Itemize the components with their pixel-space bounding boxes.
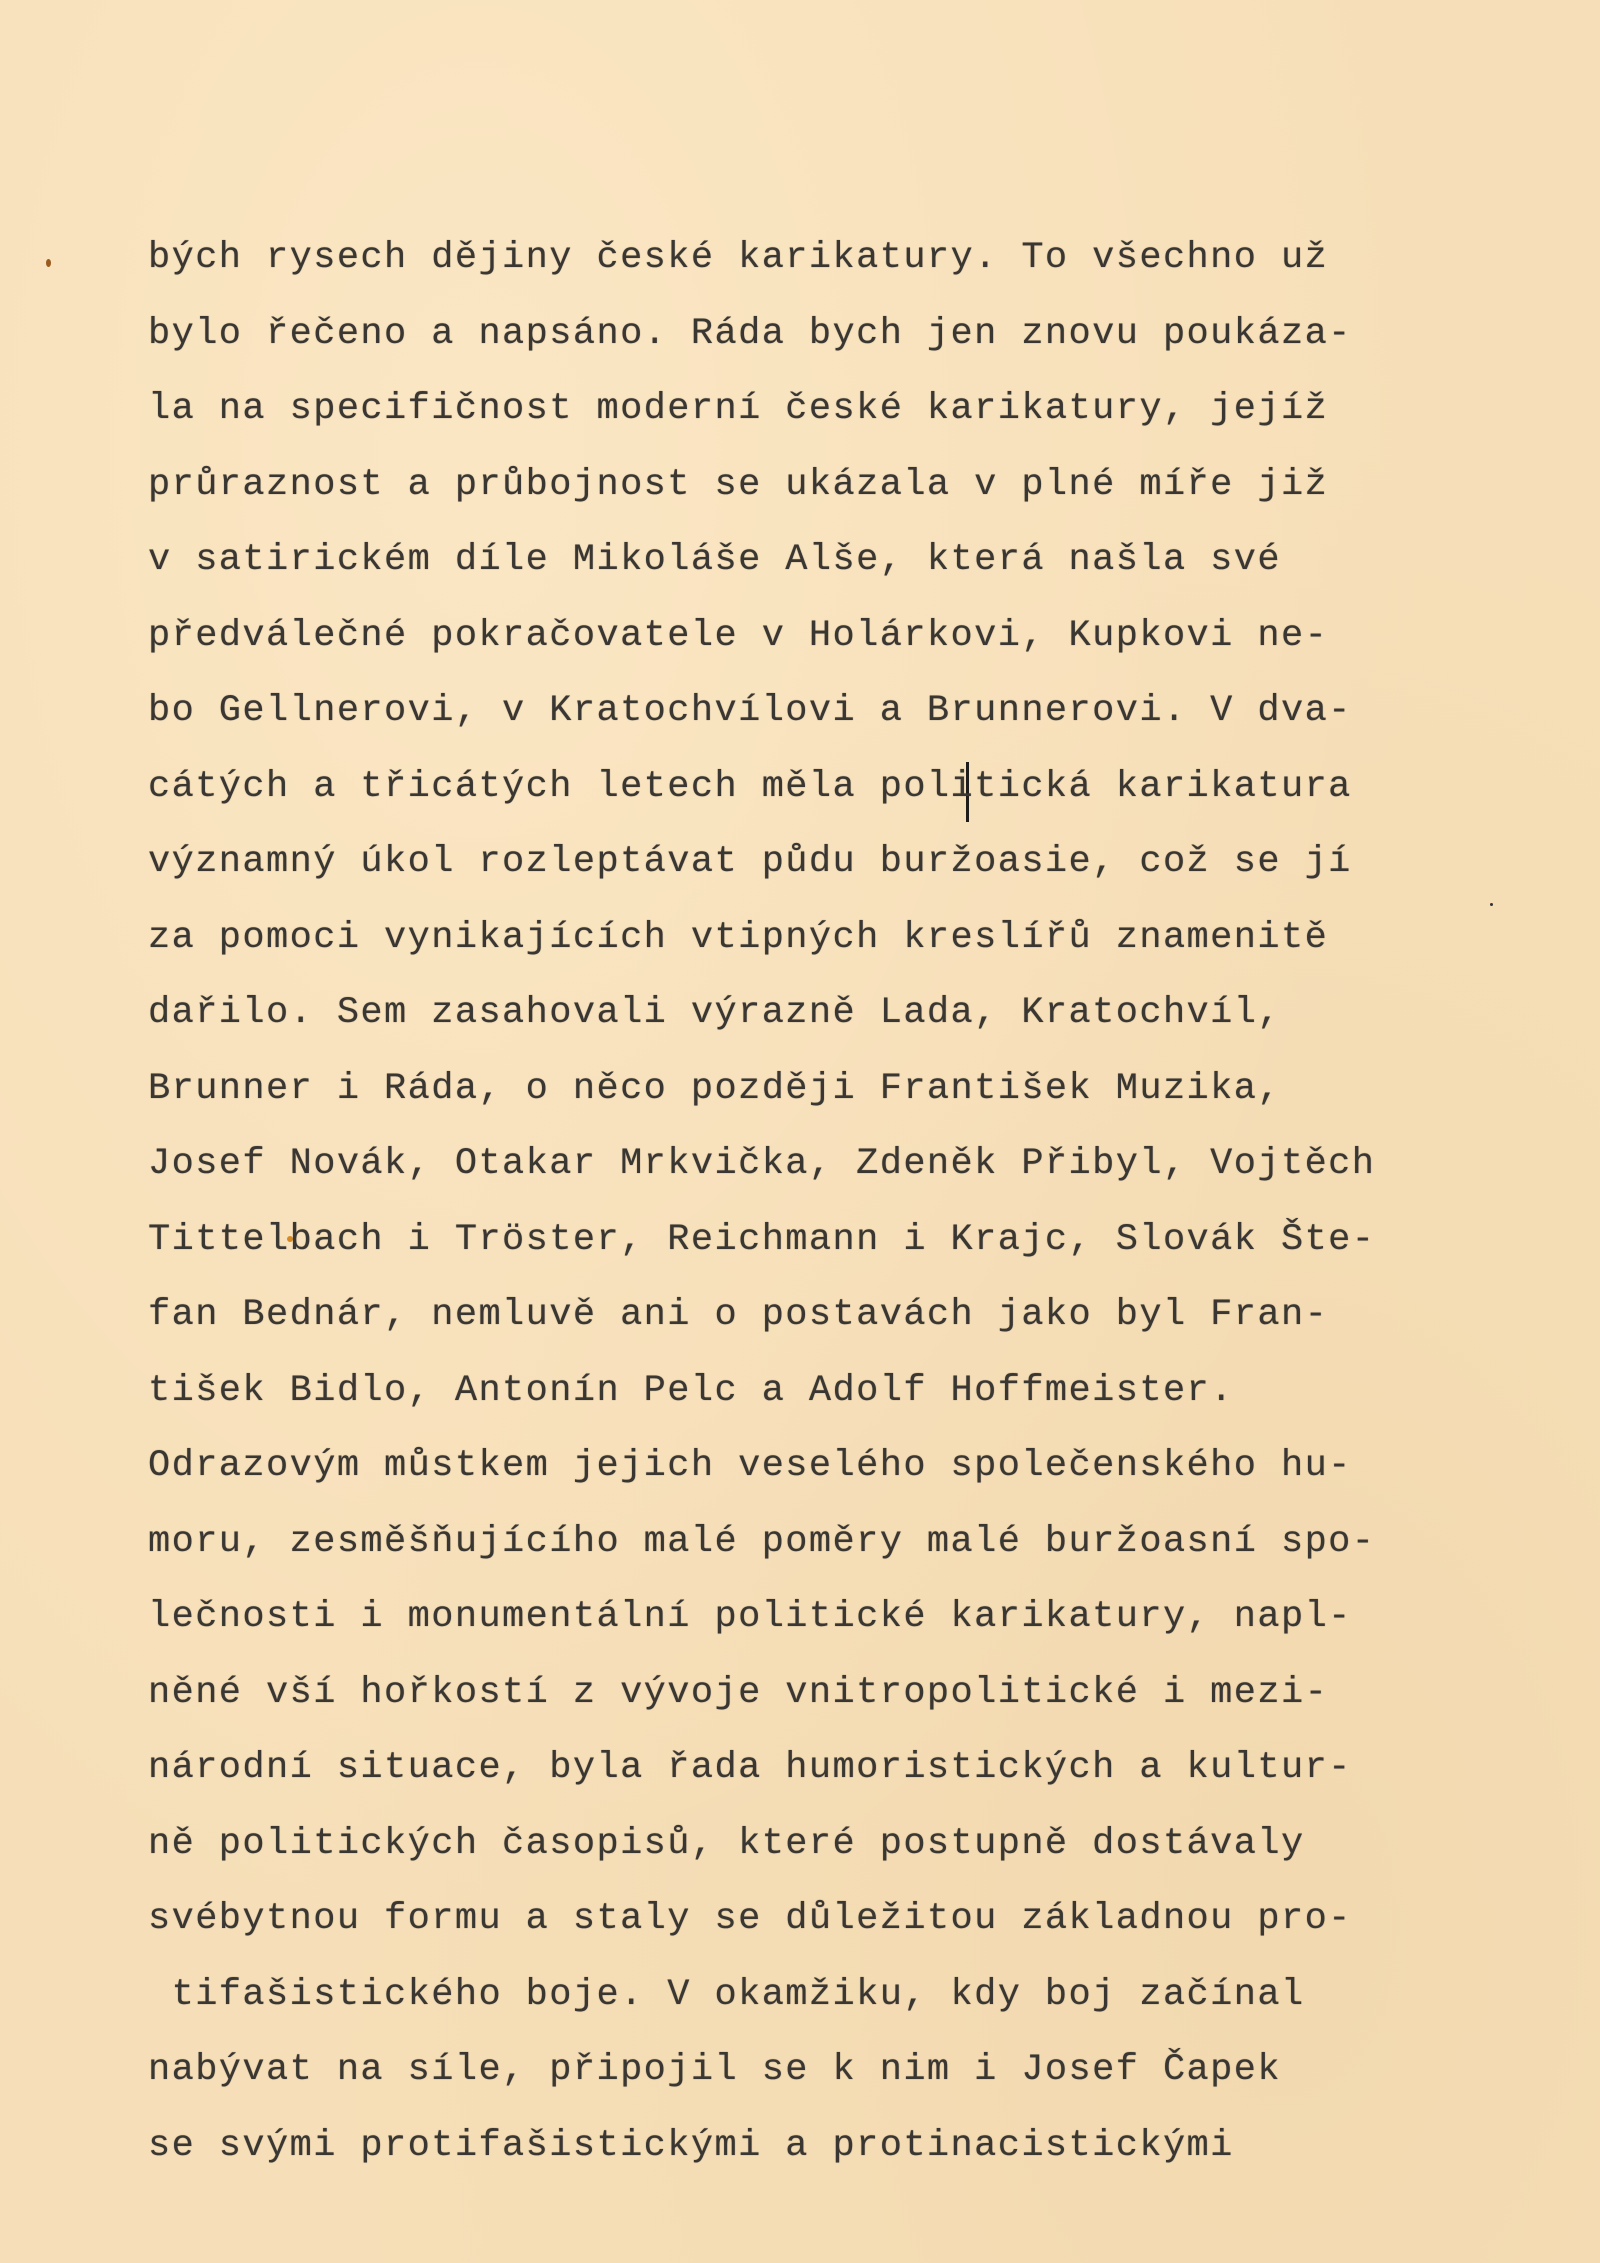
text-line: předválečné pokračovatele v Holárkovi, K… bbox=[148, 606, 1548, 682]
text-line: Tittelbach i Tröster, Reichmann i Krajc,… bbox=[148, 1210, 1548, 1286]
text-line: bylo řečeno a napsáno. Ráda bych jen zno… bbox=[148, 304, 1548, 380]
text-line: nabývat na síle, připojil se k nim i Jos… bbox=[148, 2040, 1548, 2116]
paper-page: bých rysech dějiny české karikatury. To … bbox=[0, 0, 1600, 2263]
text-line: Odrazovým můstkem jejich veselého společ… bbox=[148, 1436, 1548, 1512]
text-line: cátých a třicátých letech měla politická… bbox=[148, 757, 1548, 833]
text-line: lečnosti i monumentální politické karika… bbox=[148, 1587, 1548, 1663]
text-line: tišek Bidlo, Antonín Pelc a Adolf Hoffme… bbox=[148, 1361, 1548, 1437]
paper-stain bbox=[46, 259, 51, 267]
text-line: fan Bednár, nemluvě ani o postavách jako… bbox=[148, 1285, 1548, 1361]
text-line: dařilo. Sem zasahovali výrazně Lada, Kra… bbox=[148, 983, 1548, 1059]
text-line: tifašistického boje. V okamžiku, kdy boj… bbox=[148, 1965, 1548, 2041]
text-line: moru, zesměšňujícího malé poměry malé bu… bbox=[148, 1512, 1548, 1588]
text-line: bo Gellnerovi, v Kratochvílovi a Brunner… bbox=[148, 681, 1548, 757]
text-line: v satirickém díle Mikoláše Alše, která n… bbox=[148, 530, 1548, 606]
text-line: průraznost a průbojnost se ukázala v pln… bbox=[148, 455, 1548, 531]
text-line: něné vší hořkostí z vývoje vnitropolitic… bbox=[148, 1663, 1548, 1739]
text-line: bých rysech dějiny české karikatury. To … bbox=[148, 228, 1548, 304]
text-line: národní situace, byla řada humoristickýc… bbox=[148, 1738, 1548, 1814]
text-line: se svými protifašistickými a protinacist… bbox=[148, 2116, 1548, 2192]
text-line: významný úkol rozleptávat půdu buržoasie… bbox=[148, 832, 1548, 908]
text-line: la na specifičnost moderní české karikat… bbox=[148, 379, 1548, 455]
typewritten-body-text: bých rysech dějiny české karikatury. To … bbox=[148, 228, 1548, 2191]
text-line: Brunner i Ráda, o něco později František… bbox=[148, 1059, 1548, 1135]
text-line: ně politických časopisů, které postupně … bbox=[148, 1814, 1548, 1890]
text-line: za pomoci vynikajících vtipných kreslířů… bbox=[148, 908, 1548, 984]
text-line: Josef Novák, Otakar Mrkvička, Zdeněk Při… bbox=[148, 1134, 1548, 1210]
text-line: svébytnou formu a staly se důležitou zák… bbox=[148, 1889, 1548, 1965]
